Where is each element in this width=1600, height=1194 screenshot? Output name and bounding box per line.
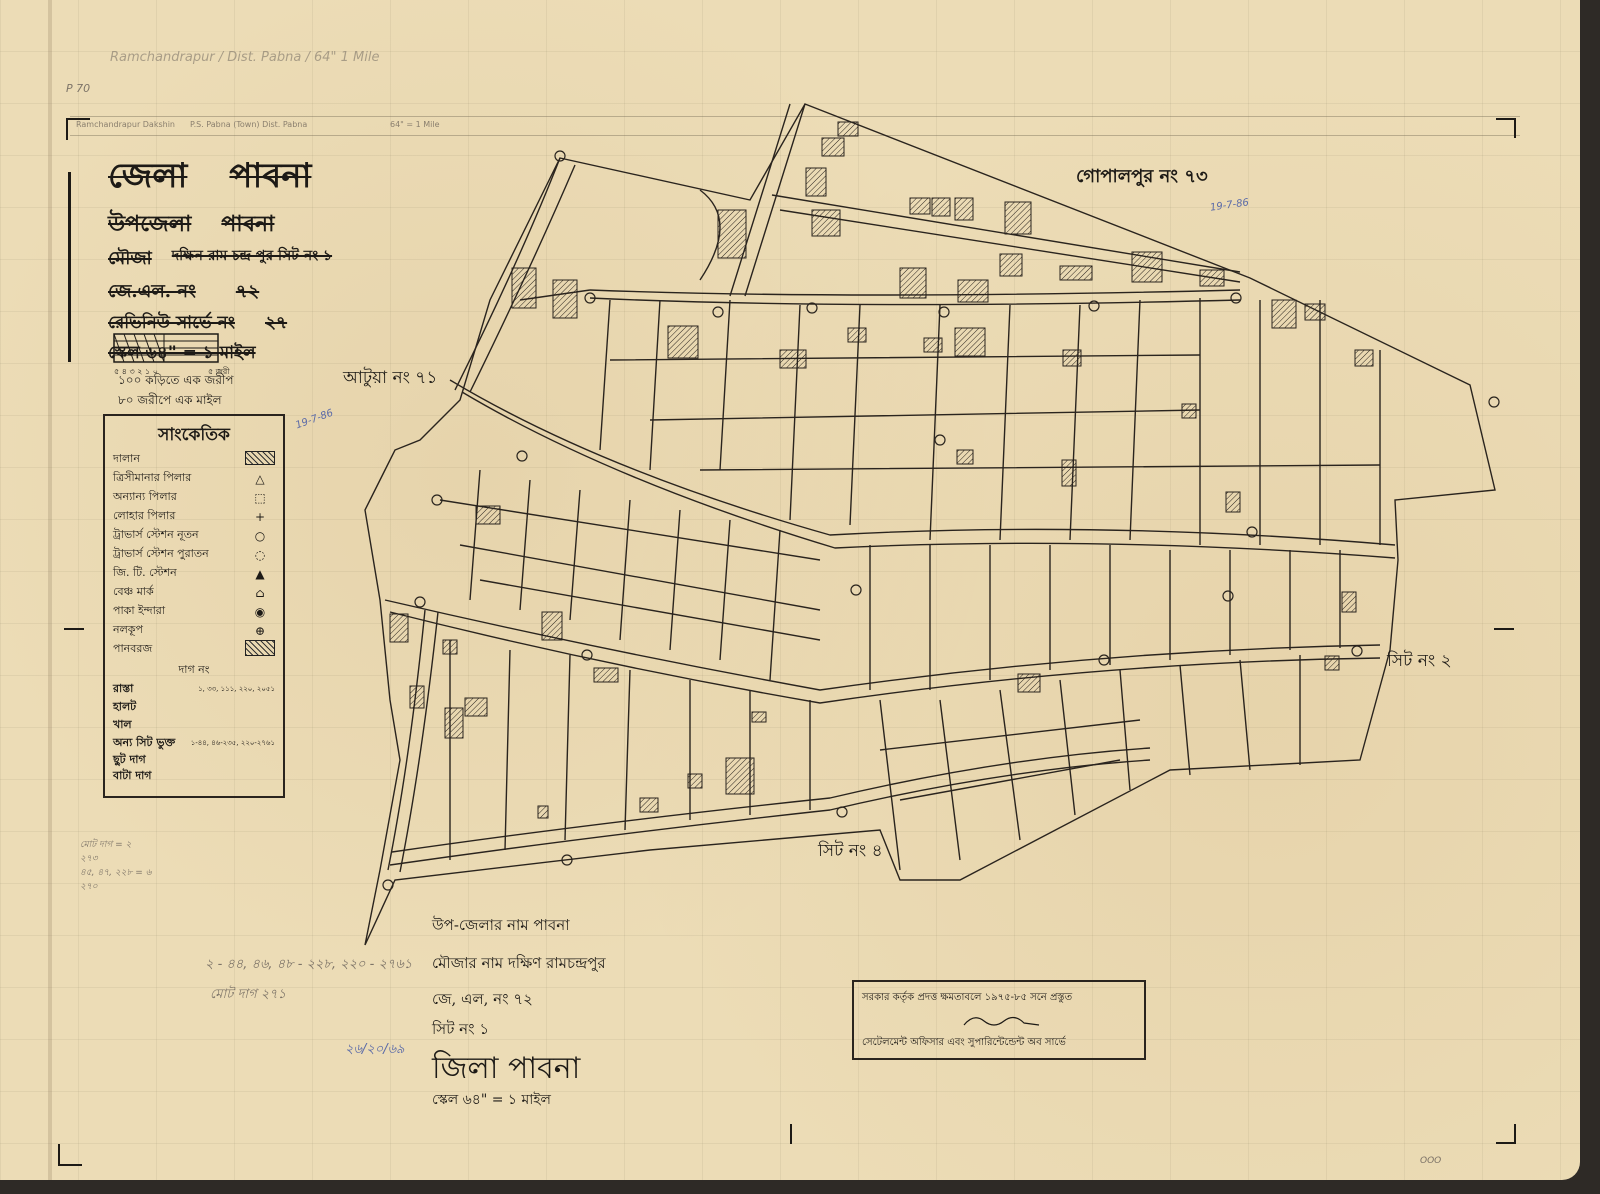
map-sheet: P 70 Ramchandrapur / Dist. Pabna / 64" 1… bbox=[0, 0, 1580, 1180]
footer-sheet: সিট নং ১ bbox=[432, 1018, 489, 1043]
signature-icon bbox=[954, 1011, 1044, 1031]
footer-mouza: মৌজার নাম দক্ষিণ রামচন্দ্রপুর bbox=[432, 952, 606, 977]
blue-date: ২৬/২০/৬৯ bbox=[345, 1040, 404, 1061]
certificate-line-2: সেটেলমেন্ট অফিসার এবং সুপারিন্টেন্ডেন্ট … bbox=[854, 1031, 1144, 1052]
footer-upazila: উপ-জেলার নাম পাবনা bbox=[432, 914, 570, 939]
certificate-box: সরকার কর্তৃক প্রদত্ত ক্ষমতাবলে ১৯৭৫-৮৫ স… bbox=[852, 980, 1146, 1060]
pencil-note-total: মোট দাগ ২৭১ bbox=[210, 985, 286, 1006]
pencil-notes-left: মোট দাগ = ২ ২৭৩ ৪৫, ৪৭, ২২৮ = ৬ ২৭০ bbox=[80, 838, 151, 894]
sheet-stamp: OOO bbox=[1420, 1156, 1441, 1166]
east-sheet-label: সিট নং ২ bbox=[1387, 648, 1452, 676]
certificate-line-1: সরকার কর্তৃক প্রদত্ত ক্ষমতাবলে ১৯৭৫-৮৫ স… bbox=[854, 982, 1144, 1007]
north-neighbor-label: গোপালপুর নং ৭৩ bbox=[1076, 162, 1208, 193]
footer-jl: জে, এল, নং ৭২ bbox=[432, 988, 533, 1013]
south-sheet-label: সিট নং ৪ bbox=[818, 838, 883, 866]
footer-scale: স্কেল ৬৪" = ১ মাইল bbox=[432, 1088, 551, 1112]
signature bbox=[854, 1011, 1144, 1031]
pencil-note-dag: ২ - ৪৪, ৪৬, ৪৮ - ২২৮, ২২০ - ২৭৬১ bbox=[205, 955, 412, 976]
west-neighbor-label: আটুয়া নং ৭১ bbox=[343, 365, 437, 393]
